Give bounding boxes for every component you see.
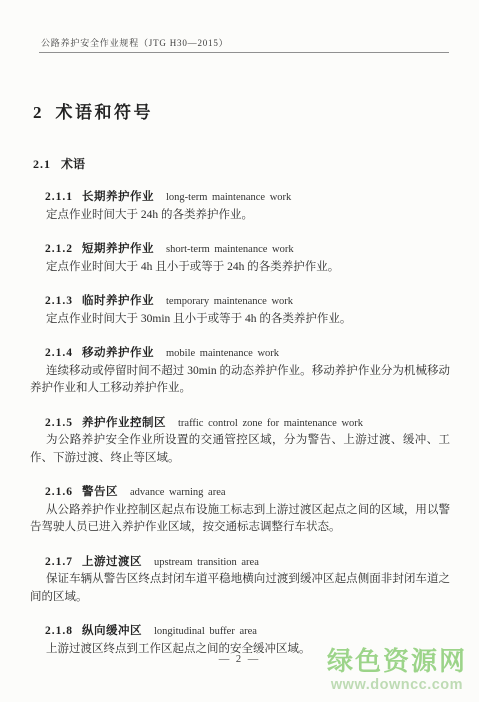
header-rule	[39, 52, 449, 53]
term-heading: 2.1.5养护作业控制区traffic control zone for mai…	[30, 415, 450, 433]
term-name-en: traffic control zone for maintenance wor…	[178, 418, 363, 429]
chapter-number: 2	[33, 103, 42, 122]
term-definition: 为公路养护安全作业所设置的交通管控区域，分为警告、上游过渡、缓冲、工作、下游过渡…	[30, 432, 450, 467]
term-number: 2.1.8	[45, 625, 73, 637]
term-heading: 2.1.1长期养护作业long-term maintenance work	[30, 189, 450, 207]
term-name-en: longitudinal buffer area	[154, 626, 257, 637]
section-number: 2.1	[33, 157, 51, 171]
term-number: 2.1.5	[45, 417, 73, 429]
term-heading: 2.1.4移动养护作业mobile maintenance work	[30, 345, 450, 363]
running-header: 公路养护安全作业规程（JTG H30—2015）	[41, 36, 228, 49]
term-name-zh: 警告区	[82, 486, 118, 498]
term-name-en: temporary maintenance work	[166, 296, 293, 307]
term-number: 2.1.6	[45, 486, 73, 498]
term-heading: 2.1.6警告区advance warning area	[30, 484, 450, 502]
page-content: 2术语和符号 2.1术语 2.1.1长期养护作业long-term mainte…	[30, 98, 450, 675]
term-name-en: mobile maintenance work	[166, 348, 279, 359]
section-heading: 2.1术语	[33, 155, 450, 172]
term-name-zh: 移动养护作业	[82, 347, 154, 359]
term-name-zh: 纵向缓冲区	[82, 625, 142, 637]
watermark-site-url: www.downcc.com	[327, 678, 467, 693]
document-page: 公路养护安全作业规程（JTG H30—2015） 2术语和符号 2.1术语 2.…	[0, 0, 479, 702]
term-number: 2.1.3	[45, 295, 73, 307]
term-number: 2.1.1	[45, 191, 73, 203]
term-item: 2.1.5养护作业控制区traffic control zone for mai…	[30, 415, 450, 468]
term-name-zh: 长期养护作业	[82, 191, 154, 203]
term-definition: 连续移动或停留时间不超过 30min 的动态养护作业。移动养护作业分为机械移动养…	[30, 363, 450, 398]
term-number: 2.1.2	[45, 243, 73, 255]
term-item: 2.1.1长期养护作业long-term maintenance work 定点…	[30, 189, 450, 224]
term-name-en: long-term maintenance work	[166, 192, 291, 203]
term-heading: 2.1.8纵向缓冲区longitudinal buffer area	[30, 623, 450, 641]
chapter-title: 2术语和符号	[33, 98, 450, 123]
term-item: 2.1.6警告区advance warning area 从公路养护作业控制区起…	[30, 484, 450, 537]
term-definition: 定点作业时间大于 30min 且小于或等于 4h 的各类养护作业。	[30, 311, 450, 329]
term-name-en: upstream transition area	[154, 557, 259, 568]
term-name-zh: 临时养护作业	[82, 295, 154, 307]
term-name-zh: 短期养护作业	[82, 243, 154, 255]
chapter-title-text: 术语和符号	[56, 103, 154, 122]
site-watermark: 绿色资源网 www.downcc.com	[327, 648, 467, 693]
section-title-text: 术语	[61, 157, 85, 171]
term-heading: 2.1.3临时养护作业temporary maintenance work	[30, 293, 450, 311]
term-name-zh: 上游过渡区	[82, 556, 142, 568]
term-definition: 从公路养护作业控制区起点布设施工标志到上游过渡区起点之间的区域，用以警告驾驶人员…	[30, 502, 450, 537]
term-item: 2.1.3临时养护作业temporary maintenance work 定点…	[30, 293, 450, 328]
term-number: 2.1.4	[45, 347, 73, 359]
term-name-en: advance warning area	[130, 487, 226, 498]
term-item: 2.1.2短期养护作业short-term maintenance work 定…	[30, 241, 450, 276]
term-definition: 保证车辆从警告区终点封闭车道平稳地横向过渡到缓冲区起点侧面非封闭车道之间的区域。	[30, 571, 450, 606]
term-number: 2.1.7	[45, 556, 73, 568]
term-definition: 定点作业时间大于 4h 且小于或等于 24h 的各类养护作业。	[30, 259, 450, 277]
term-item: 2.1.7上游过渡区upstream transition area 保证车辆从…	[30, 554, 450, 607]
term-name-zh: 养护作业控制区	[82, 417, 166, 429]
watermark-site-name: 绿色资源网	[327, 648, 467, 674]
term-heading: 2.1.7上游过渡区upstream transition area	[30, 554, 450, 572]
term-definition: 定点作业时间大于 24h 的各类养护作业。	[30, 207, 450, 225]
term-item: 2.1.4移动养护作业mobile maintenance work 连续移动或…	[30, 345, 450, 398]
term-name-en: short-term maintenance work	[166, 244, 294, 255]
term-heading: 2.1.2短期养护作业short-term maintenance work	[30, 241, 450, 259]
